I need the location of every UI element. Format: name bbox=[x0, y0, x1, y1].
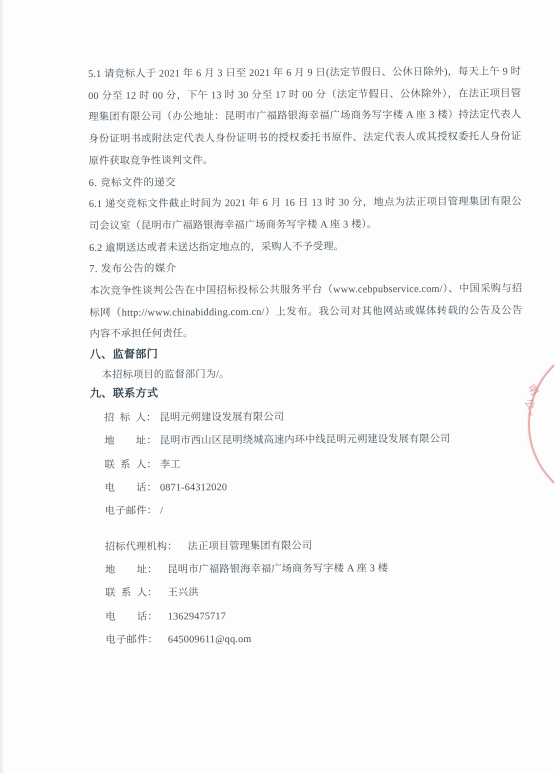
tenderer-contact-block: 招标人：昆明元朔建设发展有限公司 地址：昆明市西山区昆明绕城高速内环中线昆明元朔… bbox=[90, 404, 524, 523]
agency-email-value: 645009611@qq.om bbox=[168, 628, 252, 652]
agency-person-value: 王兴洪 bbox=[168, 582, 199, 605]
clause-6-1-text: 6.1 递交竞标文件截止时间为 2021 年 6 月 16 日 13 时 30 … bbox=[89, 192, 522, 238]
agency-address-label: 地址 bbox=[105, 559, 147, 583]
tenderer-person-row: 联系人：李工 bbox=[104, 451, 523, 477]
section-7-heading: 7. 发布公告的媒介 bbox=[89, 257, 522, 281]
tenderer-phone-label: 电话 bbox=[105, 477, 147, 501]
section-6-heading: 6. 竞标文件的递交 bbox=[89, 170, 522, 194]
agency-name-row: 招标代理机构：法正项目管理集团有限公司 bbox=[105, 533, 524, 559]
section-9-heading: 九、联系方式 bbox=[90, 382, 523, 404]
tenderer-person-value: 李工 bbox=[160, 453, 181, 476]
agency-person-label: 联系人 bbox=[105, 582, 147, 606]
section-7-body: 本次竞争性谈判公告在中国招标投标公共服务平台（www.cebpubservice… bbox=[89, 278, 522, 346]
tenderer-person-label: 联系人 bbox=[104, 453, 146, 477]
agency-email-row: 电子邮件：645009611@qq.om bbox=[105, 626, 524, 652]
colon: ： bbox=[147, 500, 158, 523]
agency-phone-row: 电话：13629475717 bbox=[105, 603, 524, 629]
tenderer-address-value: 昆明市西山区昆明绕城高速内环中线昆明元朔建设发展有限公司 bbox=[160, 428, 451, 453]
section-8-heading: 八、监督部门 bbox=[90, 343, 523, 365]
agency-name-value: 法正项目管理集团有限公司 bbox=[188, 534, 313, 558]
colon: ： bbox=[147, 605, 158, 628]
tenderer-phone-row: 电话：0871-64312020 bbox=[105, 474, 524, 500]
tenderer-address-row: 地址：昆明市西山区昆明绕城高速内环中线昆明元朔建设发展有限公司 bbox=[104, 428, 523, 454]
colon: ： bbox=[146, 430, 157, 453]
colon: ： bbox=[147, 477, 158, 500]
clause-6-2-text: 6.2 逾期送达或者未送达指定地点的，采购人不予受理。 bbox=[89, 235, 522, 259]
section-8-body: 本招标项目的监督部门为/。 bbox=[90, 363, 523, 385]
agency-phone-value: 13629475717 bbox=[168, 605, 226, 629]
tenderer-name-row: 招标人：昆明元朔建设发展有限公司 bbox=[104, 404, 523, 430]
agency-address-row: 地址：昆明市广福路银海幸福广场商务写字楼 A 座 3 楼 bbox=[105, 556, 524, 582]
tenderer-name-value: 昆明元朔建设发展有限公司 bbox=[159, 406, 284, 430]
colon: ： bbox=[167, 535, 178, 558]
agency-contact-block: 招标代理机构：法正项目管理集团有限公司 地址：昆明市广福路银海幸福广场商务写字楼… bbox=[91, 533, 525, 652]
tenderer-phone-value: 0871-64312020 bbox=[160, 476, 227, 500]
agency-name-label: 招标代理机构 bbox=[105, 535, 167, 559]
colon: ： bbox=[147, 582, 158, 605]
agency-address-value: 昆明市广福路银海幸福广场商务写字楼 A 座 3 楼 bbox=[167, 557, 388, 582]
clause-5-1-text: 5.1 请竞标人于 2021 年 6 月 3 日至 2021 年 6 月 9 日… bbox=[88, 61, 522, 172]
colon: ： bbox=[146, 407, 157, 430]
agency-person-row: 联系人：王兴洪 bbox=[105, 580, 524, 606]
tenderer-address-label: 地址 bbox=[104, 430, 146, 454]
colon: ： bbox=[147, 628, 158, 651]
colon: ： bbox=[146, 453, 157, 476]
page-left-edge-shadow bbox=[0, 0, 4, 773]
tenderer-email-row: 电子邮件：/ bbox=[105, 498, 524, 524]
tenderer-email-label: 电子邮件 bbox=[105, 500, 147, 524]
agency-phone-label: 电话 bbox=[105, 605, 147, 629]
tenderer-name-label: 招标人 bbox=[104, 407, 146, 431]
colon: ： bbox=[147, 559, 158, 582]
tenderer-email-value: / bbox=[160, 500, 163, 523]
red-seal-arc-fragment bbox=[528, 342, 554, 506]
document-content: 5.1 请竞标人于 2021 年 6 月 3 日至 2021 年 6 月 9 日… bbox=[88, 61, 525, 652]
agency-email-label: 电子邮件 bbox=[105, 628, 147, 652]
scanned-document-page: 5.1 请竞标人于 2021 年 6 月 3 日至 2021 年 6 月 9 日… bbox=[0, 0, 554, 773]
